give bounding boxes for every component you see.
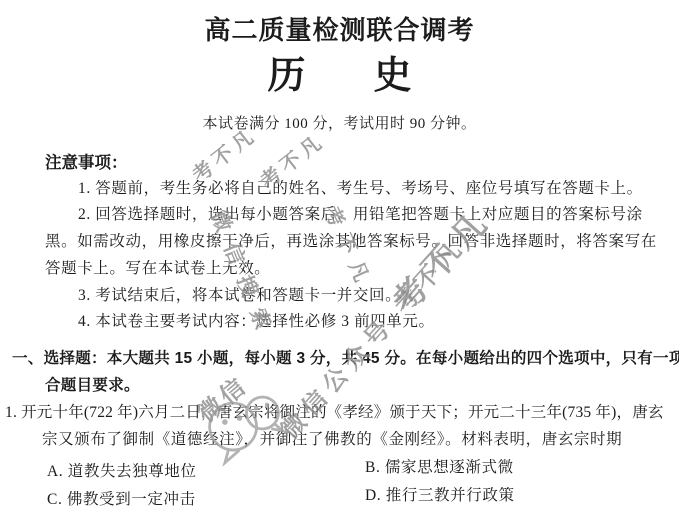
- question-1-stem-line-2: 宗又颁布了御制《道德经注》，并御注了佛教的《金刚经》。材料表明，唐玄宗时期: [42, 427, 622, 449]
- notice-line-2a: 2. 回答选择题时，选出每小题答案后，用铅笔把答题卡上对应题目的答案标号涂: [78, 202, 643, 224]
- subject-char-right: 史: [374, 44, 412, 99]
- notice-heading: 注意事项：: [45, 149, 128, 173]
- question-1-option-b: B. 儒家思想逐渐式微: [365, 455, 514, 477]
- exam-paper-page: 高二质量检测联合调考 历 史 本试卷满分 100 分，考试用时 90 分钟。 注…: [0, 0, 679, 513]
- subject-char-left: 历: [267, 44, 305, 99]
- question-1-stem-line-1: 1. 开元十年(722 年)六月二日，唐玄宗将御注的《孝经》颁于天下；开元二十三…: [5, 400, 664, 422]
- exam-title: 高二质量检测联合调考: [0, 10, 679, 47]
- section-header-line-2: 合题目要求。: [45, 373, 140, 395]
- exam-info-line: 本试卷满分 100 分，考试用时 90 分钟。: [0, 112, 679, 133]
- question-1-option-a: A. 道教失去独尊地位: [47, 459, 197, 481]
- section-header-line-1: 一、选择题：本大题共 15 小题，每小题 3 分，共 45 分。在每小题给出的四…: [12, 346, 679, 368]
- notice-line-3: 3. 考试结束后，将本试卷和答题卡一并交回。: [78, 283, 401, 305]
- subject-title: 历 史: [0, 44, 679, 99]
- question-1-option-d: D. 推行三教并行政策: [365, 483, 515, 505]
- notice-line-1: 1. 答题前，考生务必将自己的姓名、考生号、考场号、座位号填写在答题卡上。: [78, 176, 643, 198]
- notice-line-2c: 答题卡上。写在本试卷上无效。: [45, 256, 270, 278]
- question-1-option-c: C. 佛教受到一定冲击: [47, 487, 196, 509]
- notice-line-4: 4. 本试卷主要考试内容：选择性必修 3 前四单元。: [78, 309, 435, 331]
- notice-line-2b: 黑。如需改动，用橡皮擦干净后，再选涂其他答案标号。回答非选择题时，将答案写在: [45, 229, 657, 251]
